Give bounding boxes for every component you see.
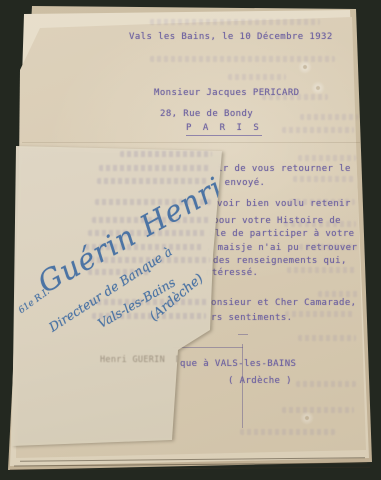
echo-line: [120, 151, 212, 157]
showthrough-signature: Henri GUERIN Directeur de Ban: [100, 356, 263, 365]
echo-line: [99, 165, 211, 171]
cover-slip: Henri GUERIN Directeur de Ban 61e R.I. G…: [0, 0, 381, 480]
cover-slip-wrap: Henri GUERIN Directeur de Ban 61e R.I. G…: [0, 0, 381, 480]
scanned-letter: Vals les Bains, le 10 Décembre 1932 Mons…: [0, 0, 381, 480]
